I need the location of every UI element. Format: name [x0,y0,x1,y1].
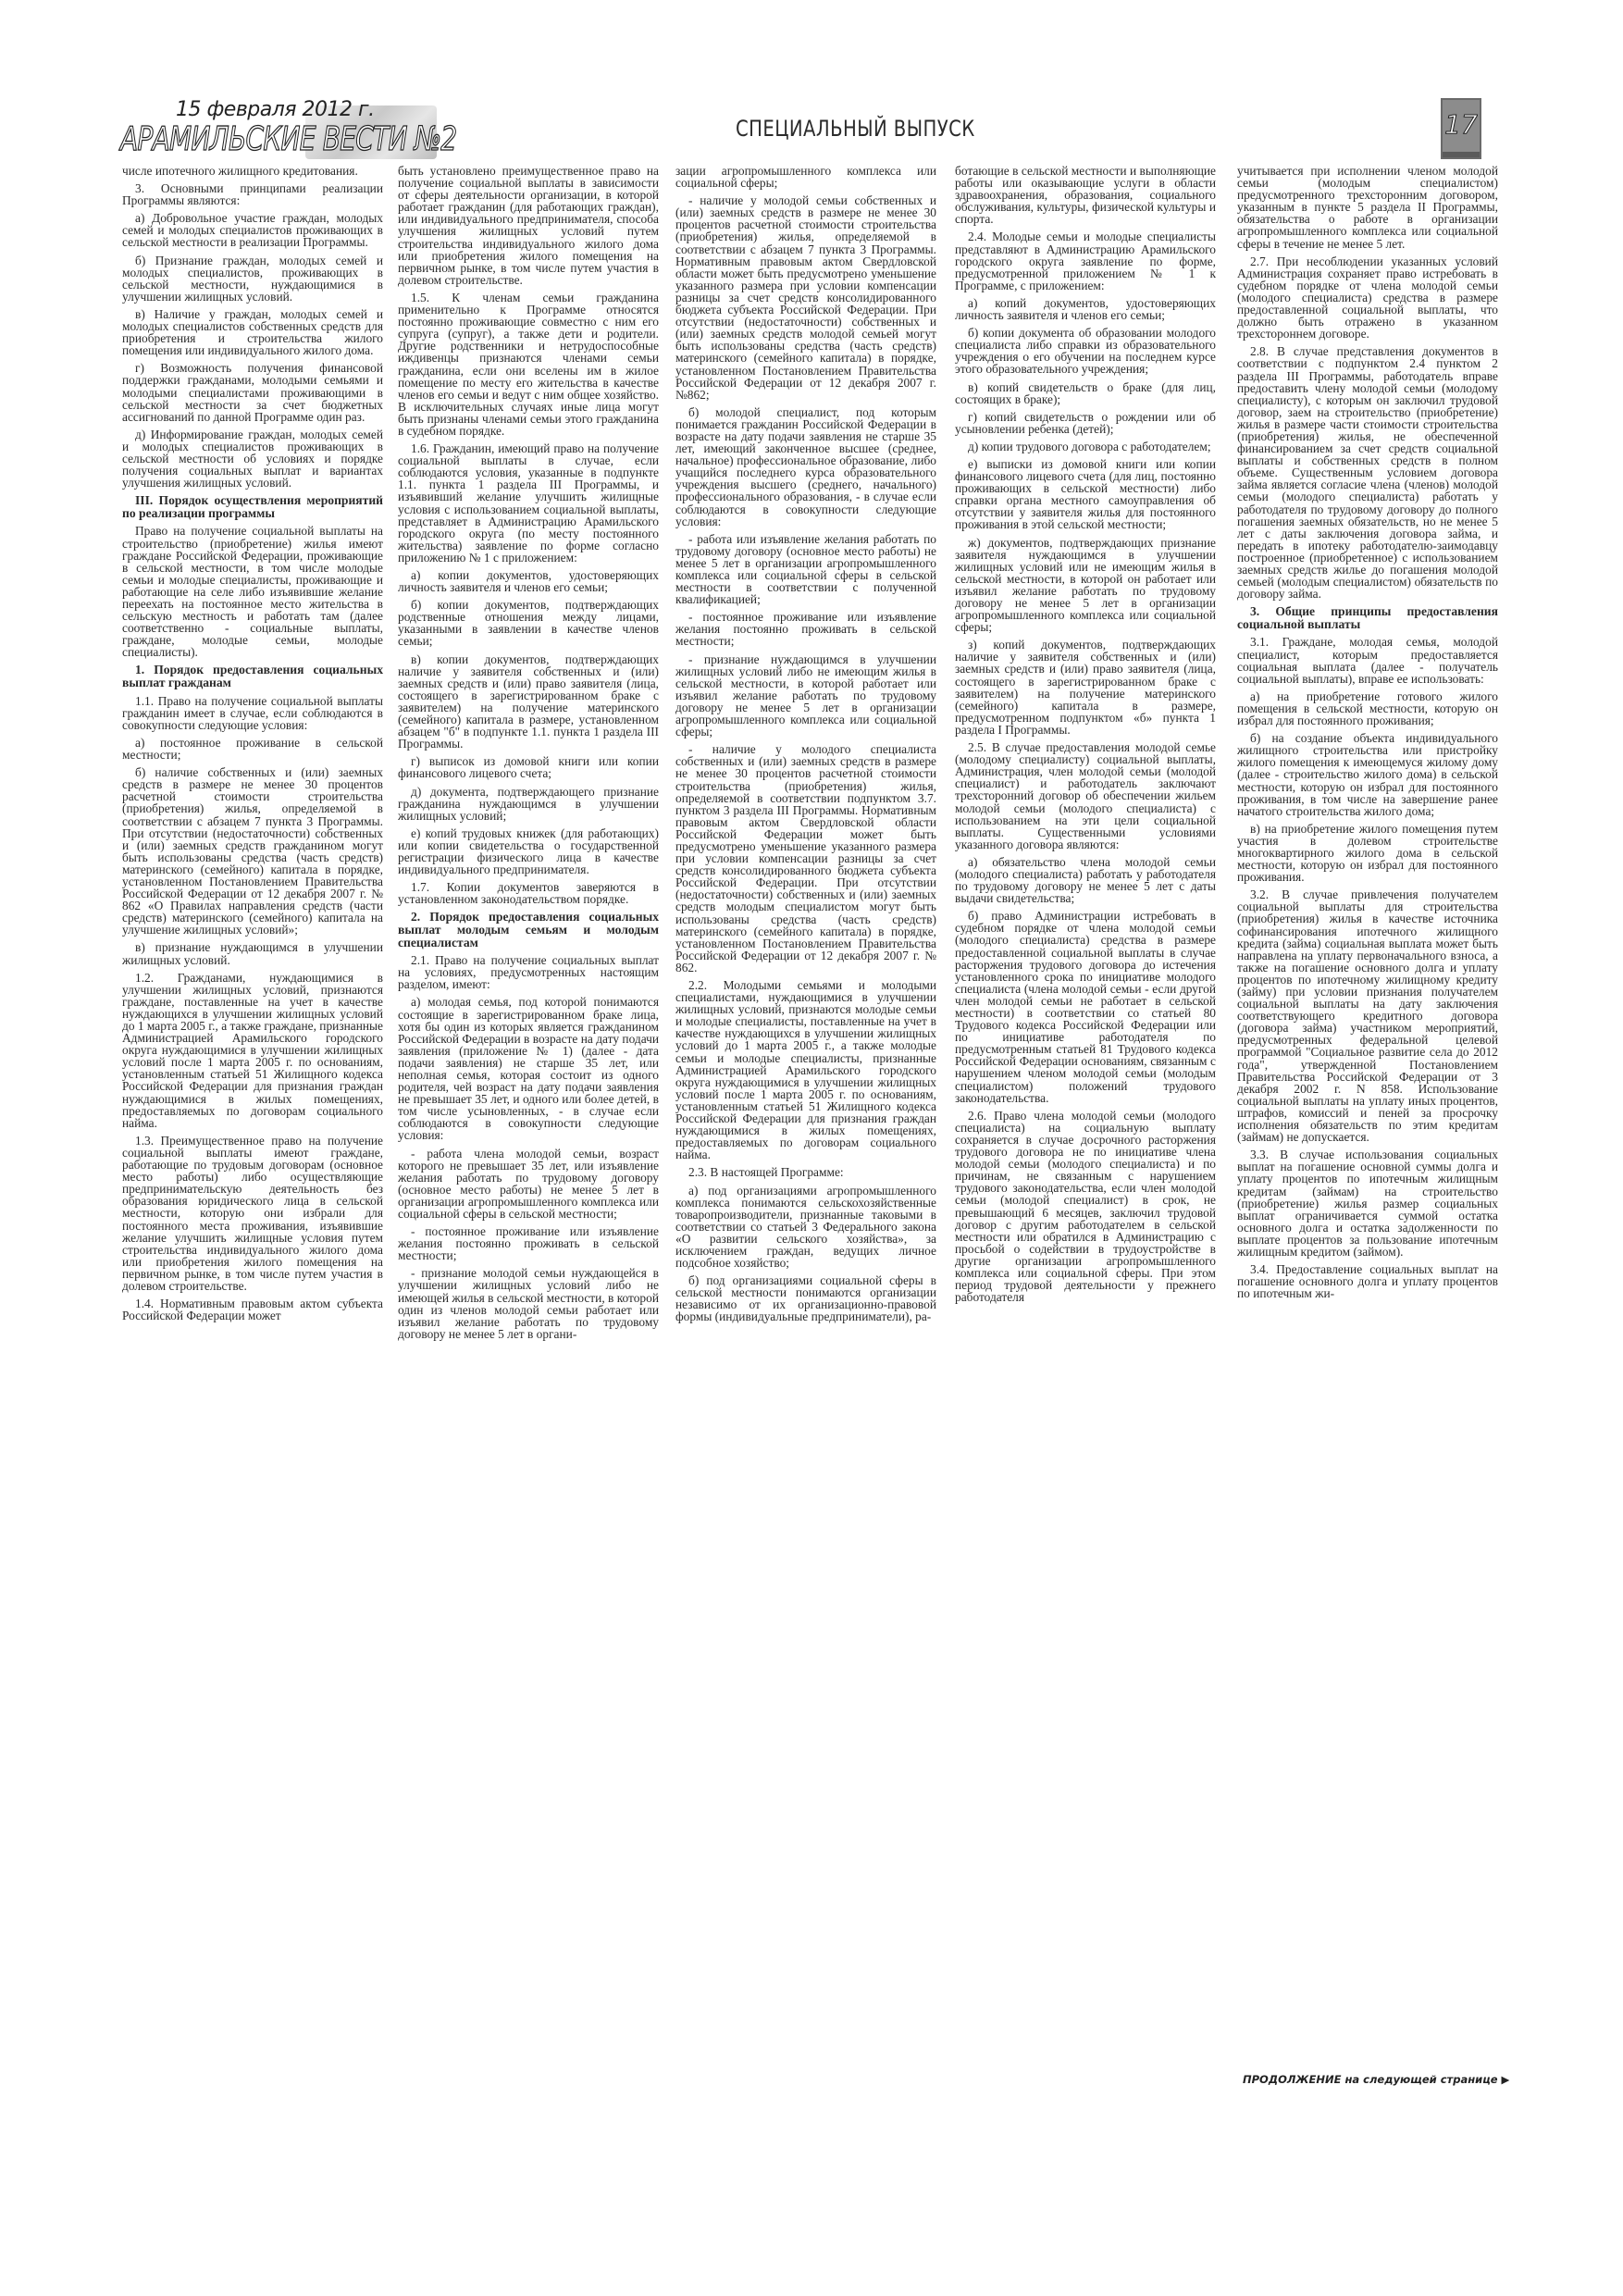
paragraph: 2.6. Право члена молодой семьи (молодого… [955,1110,1216,1304]
paragraph: в) копий свидетельств о браке (для лиц, … [955,381,1216,405]
issue-date: 15 февраля 2012 г. [176,98,375,121]
paragraph: д) Информирование граждан, молодых семей… [122,428,383,489]
paragraph: ж) документов, подтверждающих признание … [955,537,1216,634]
masthead: 15 февраля 2012 г. АРАМИЛЬСКИЕ ВЕСТИ №2 … [0,93,1623,167]
paragraph: 3.3. В случае использования социальных в… [1237,1148,1498,1258]
paragraph: 2.1. Право на получение социальных выпла… [398,954,659,990]
paragraph: 3.4. Предоставление социальных выплат на… [1237,1263,1498,1299]
paragraph: - работа или изъявление желания работать… [675,533,936,606]
section-heading: 3. Общие принципы предоставления социаль… [1237,605,1498,630]
newspaper-name: АРАМИЛЬСКИЕ ВЕСТИ [120,120,407,158]
paragraph: - наличие у молодого специалиста собстве… [675,743,936,974]
paragraph: б) молодой специалист, под которым поним… [675,406,936,527]
page-number: 17 [1444,109,1478,140]
paragraph: б) копии документа об образовании молодо… [955,327,1216,375]
text-column-3: зации агропромышленного комплекса или со… [675,165,936,2233]
paragraph: б) копии документов, подтверждающих родс… [398,599,659,647]
paragraph: г) Возможность получения финансовой подд… [122,362,383,422]
paragraph: 1.3. Преимущественное право на получение… [122,1135,383,1292]
paragraph: 3. Основными принципами реализации Прогр… [122,182,383,206]
paragraph: в) Наличие у граждан, молодых семей и мо… [122,308,383,356]
paragraph: 1.7. Копии документов заверяются в устан… [398,881,659,905]
paragraph: 1.5. К членам семьи гражданина примените… [398,292,659,437]
paragraph: 2.5. В случае предоставления молодой сем… [955,741,1216,850]
newspaper-title: АРАМИЛЬСКИЕ ВЕСТИ №2 [120,120,456,158]
paragraph: д) копии трудового договора с работодате… [955,441,1216,453]
paragraph: б) право Администрации истребовать в суд… [955,910,1216,1104]
paragraph: 2.3. В настоящей Программе: [675,1166,936,1178]
paragraph: б) под организациями социальной сферы в … [675,1274,936,1322]
paragraph: з) копий документов, подтверждающих нали… [955,639,1216,736]
triangle-right-icon: ▶ [1502,2073,1510,2086]
paragraph: - признание нуждающимся в улучшении жили… [675,653,936,738]
text-column-2: быть установлено преимущественное право … [398,165,659,2233]
paragraph: 1.4. Нормативным правовым актом субъекта… [122,1297,383,1322]
section-title: СПЕЦИАЛЬНЫЙ ВЫПУСК [736,116,975,142]
paragraph: 2.2. Молодыми семьями и молодыми специал… [675,979,936,1160]
paragraph: в) на приобретение жилого помещения путе… [1237,823,1498,883]
paragraph: а) Добровольное участие граждан, молодых… [122,212,383,248]
paragraph: - признание молодой семьи нуждающейся в … [398,1267,659,1340]
section-heading: III. Порядок осуществления мероприятий п… [122,494,383,519]
paragraph: а) копии документов, удостоверяющих личн… [398,569,659,593]
paragraph: е) выписки из домовой книги или копии фи… [955,458,1216,531]
text-column-1: числе ипотечного жилищного кредитования.… [122,165,383,2233]
text-column-5: учитывается при исполнении членом молодо… [1237,165,1498,2233]
issue-number: №2 [415,120,457,158]
paragraph: а) обязательство члена молодой семьи (мо… [955,856,1216,904]
paragraph: а) копий документов, удостоверяющих личн… [955,297,1216,321]
paragraph: д) документа, подтверждающего признание … [398,786,659,822]
paragraph: г) копий свидетельств о рождении или об … [955,411,1216,435]
paragraph: быть установлено преимущественное право … [398,165,659,286]
paragraph: 1.6. Гражданин, имеющий право на получен… [398,442,659,564]
paragraph: 3.2. В случае привлечения получателем со… [1237,888,1498,1143]
paragraph: числе ипотечного жилищного кредитования. [122,165,383,177]
paragraph: в) признание нуждающимся в улучшении жил… [122,941,383,965]
paragraph: - постоянное проживание или изъявление ж… [398,1225,659,1261]
paragraph: 3.1. Граждане, молодая семья, молодой сп… [1237,636,1498,684]
paragraph: 2.8. В случае представления документов в… [1237,345,1498,600]
paragraph: б) Признание граждан, молодых семей и мо… [122,254,383,303]
paragraph: - наличие у молодой семьи собственных и … [675,194,936,401]
paragraph: б) наличие собственных и (или) заемных с… [122,766,383,936]
text-column-4: ботающие в сельской местности и выполняю… [955,165,1216,2233]
paragraph: зации агропромышленного комплекса или со… [675,165,936,189]
paragraph: - постоянное проживание или изъявление ж… [675,611,936,647]
paragraph: ботающие в сельской местности и выполняю… [955,165,1216,225]
paragraph: 1.1. Право на получение социальной выпла… [122,695,383,731]
newspaper-logo: 15 февраля 2012 г. АРАМИЛЬСКИЕ ВЕСТИ №2 [120,98,449,159]
section-heading: 1. Порядок предоставления социальных вып… [122,664,383,689]
paragraph: а) на приобретение готового жилого помещ… [1237,690,1498,726]
paragraph: б) на создание объекта индивидуального ж… [1237,732,1498,817]
section-heading: 2. Порядок предоставления социальных вып… [398,911,659,949]
article-body: числе ипотечного жилищного кредитования.… [122,165,1504,2233]
paragraph: 1.2. Гражданами, нуждающимися в улучшени… [122,972,383,1129]
paragraph: в) копии документов, подтверждающих нали… [398,653,659,751]
paragraph: а) постоянное проживание в сельской мест… [122,737,383,761]
paragraph: а) под организациями агропромышленного к… [675,1185,936,1270]
paragraph: г) выписок из домовой книги или копии фи… [398,755,659,779]
paragraph: учитывается при исполнении членом молодо… [1237,165,1498,250]
paragraph: а) молодая семья, под которой понимаются… [398,996,659,1141]
paragraph: 2.7. При несоблюдении указанных условий … [1237,255,1498,341]
continued-on-next-page-link[interactable]: ПРОДОЛЖЕНИЕ на следующей странице▶ [1243,2073,1506,2086]
continue-label: ПРОДОЛЖЕНИЕ на следующей странице [1243,2073,1498,2086]
page-number-badge: 17 [1441,98,1481,159]
paragraph: 2.4. Молодые семьи и молодые специалисты… [955,230,1216,291]
paragraph: - работа члена молодой семьи, возраст ко… [398,1148,659,1221]
paragraph: е) копий трудовых книжек (для работающих… [398,827,659,875]
paragraph: Право на получение социальной выплаты на… [122,525,383,658]
